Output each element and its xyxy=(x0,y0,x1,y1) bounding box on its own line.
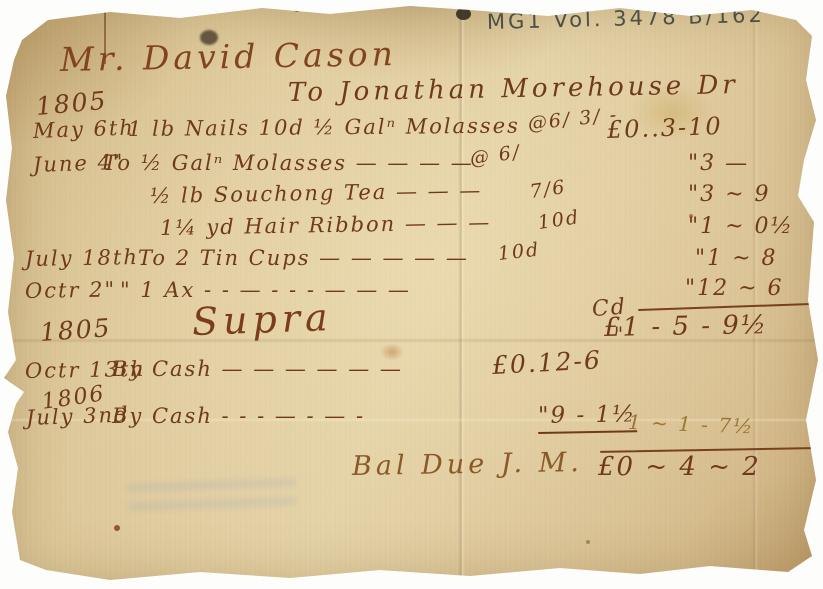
debtor-name: Mr. David Cason xyxy=(60,34,397,79)
debit-amount: "3 — xyxy=(688,151,749,176)
creditor-line: To Jonathan Morehouse Dr xyxy=(288,70,739,108)
debit-amount: "12 ~ 6 xyxy=(685,276,784,301)
debit-price: 10d xyxy=(536,206,581,234)
ink-blot xyxy=(456,8,471,20)
archive-reference: MG1 Vol. 3478 B/162 xyxy=(487,3,765,34)
rust-spot xyxy=(586,540,590,544)
debit-description: To 2 Tin Cups — — — — — xyxy=(138,246,469,270)
document-paper: MG1 Vol. 3478 B/162 Mr. David Cason 1805… xyxy=(0,0,823,589)
credit-description: By Cash — — — — — — xyxy=(112,357,403,381)
debit-amount: £0..3-10 xyxy=(607,112,724,144)
debit-date: Octr 2" xyxy=(25,277,117,303)
debit-date: July 18th xyxy=(25,245,139,271)
total-rule xyxy=(638,303,812,311)
debit-amount: "3 ~ 9 xyxy=(688,182,771,207)
carry-year: 1805 xyxy=(39,313,112,347)
debit-price: 10d xyxy=(497,239,541,265)
debit-description: To ½ Galⁿ Molasses — — — — xyxy=(103,151,474,175)
debit-amount: "1 ~ 0½ xyxy=(688,214,794,239)
credit-amount: "9 - 1½ xyxy=(538,401,637,434)
ink-blot xyxy=(294,7,300,12)
credit-amount: £0.12-6 xyxy=(491,345,602,380)
balance-label: Bal Due J. M. xyxy=(352,447,583,482)
debit-description: 1¼ yd Hair Ribbon — — — xyxy=(160,210,492,240)
debit-amount: "1 ~ 8 xyxy=(695,246,778,271)
credit-subtotal: 1 ~ 1 - 7½ xyxy=(628,410,755,438)
debit-description: ½ lb Souchong Tea — — — xyxy=(150,178,483,208)
carry-total-amount: £1 - 5 - 9½ xyxy=(604,310,768,343)
debit-price: @ 6/ xyxy=(468,141,522,170)
debit-price: 7/6 xyxy=(528,176,567,203)
debit-date: May 6th xyxy=(33,115,136,143)
carry-label: Supra xyxy=(191,295,333,344)
rust-spot xyxy=(114,525,120,531)
debit-price: @6/ 3/ - xyxy=(527,104,619,135)
faint-archive-stamp xyxy=(127,467,296,511)
credit-description: By Cash - - - — - — - xyxy=(112,404,365,428)
account-year: 1805 xyxy=(35,86,109,121)
balance-amount: £0 ~ 4 ~ 2 xyxy=(598,452,761,482)
debit-description: 1 lb Nails 10d ½ Galⁿ Molasses xyxy=(128,114,520,141)
